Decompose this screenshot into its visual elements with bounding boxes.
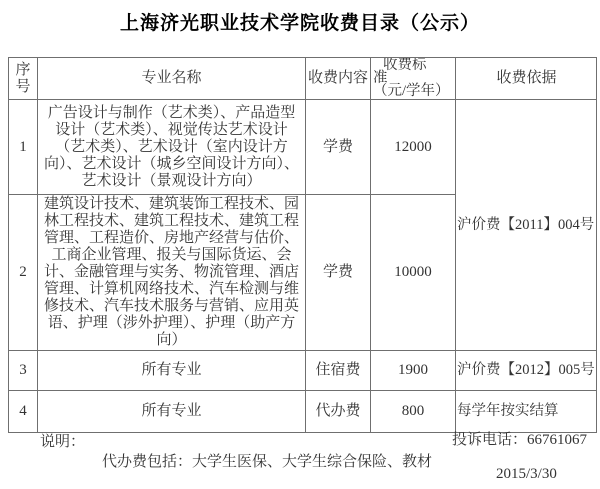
fee-table: 序号 专业名称 收费内容 收费标 准 （元/学年） 收费依据 1 广告设计与制作… — [8, 57, 597, 433]
cell-major: 所有专业 — [38, 351, 306, 391]
cell-major: 广告设计与制作（艺术类）、产品造型设计（艺术类）、视觉传达艺术设计（艺术类）、艺… — [38, 100, 306, 195]
table-row: 3 所有专业 住宿费 1900 沪价费【2012】005号 — [9, 351, 597, 391]
note-detail: 代办费包括：大学生医保、大学生综合保险、教材 — [102, 450, 432, 471]
header-no: 序号 — [9, 58, 38, 100]
cell-no: 3 — [9, 351, 38, 391]
publish-date: 2015/3/30 — [496, 466, 557, 483]
table-row: 1 广告设计与制作（艺术类）、产品造型设计（艺术类）、视觉传达艺术设计（艺术类）… — [9, 100, 597, 195]
cell-major: 建筑设计技术、建筑装饰工程技术、园林工程技术、建筑工程技术、建筑工程管理、工程造… — [38, 195, 306, 351]
table-row: 4 所有专业 代办费 800 每学年按实结算 — [9, 391, 597, 433]
header-fee-standard: 收费标 准 （元/学年） — [371, 58, 456, 100]
cell-amount: 10000 — [371, 195, 456, 351]
complaint-phone: 投诉电话：66761067 — [452, 428, 587, 449]
cell-fee-item: 学费 — [306, 195, 371, 351]
header-fee-standard-line3: （元/学年） — [373, 85, 453, 98]
cell-amount: 1900 — [371, 351, 456, 391]
cell-major: 所有专业 — [38, 391, 306, 433]
cell-no: 1 — [9, 100, 38, 195]
page-title: 上海济光职业技术学院收费目录（公示） — [0, 13, 600, 35]
cell-basis: 沪价费【2012】005号 — [456, 351, 597, 391]
cell-amount: 800 — [371, 391, 456, 433]
cell-fee-item: 学费 — [306, 100, 371, 195]
fee-notice-page: 上海济光职业技术学院收费目录（公示） 序号 专业名称 收费内容 收费标 准 （元… — [0, 0, 600, 489]
cell-fee-item: 代办费 — [306, 391, 371, 433]
header-basis: 收费依据 — [456, 58, 597, 100]
cell-basis-merged: 沪价费【2011】004号 — [456, 100, 597, 351]
cell-no: 4 — [9, 391, 38, 433]
cell-basis: 每学年按实结算 — [456, 391, 597, 433]
table-header-row: 序号 专业名称 收费内容 收费标 准 （元/学年） 收费依据 — [9, 58, 597, 100]
cell-fee-item: 住宿费 — [306, 351, 371, 391]
cell-amount: 12000 — [371, 100, 456, 195]
note-label: 说明： — [40, 430, 85, 451]
cell-no: 2 — [9, 195, 38, 351]
header-fee-item: 收费内容 — [306, 58, 371, 100]
header-major: 专业名称 — [38, 58, 306, 100]
